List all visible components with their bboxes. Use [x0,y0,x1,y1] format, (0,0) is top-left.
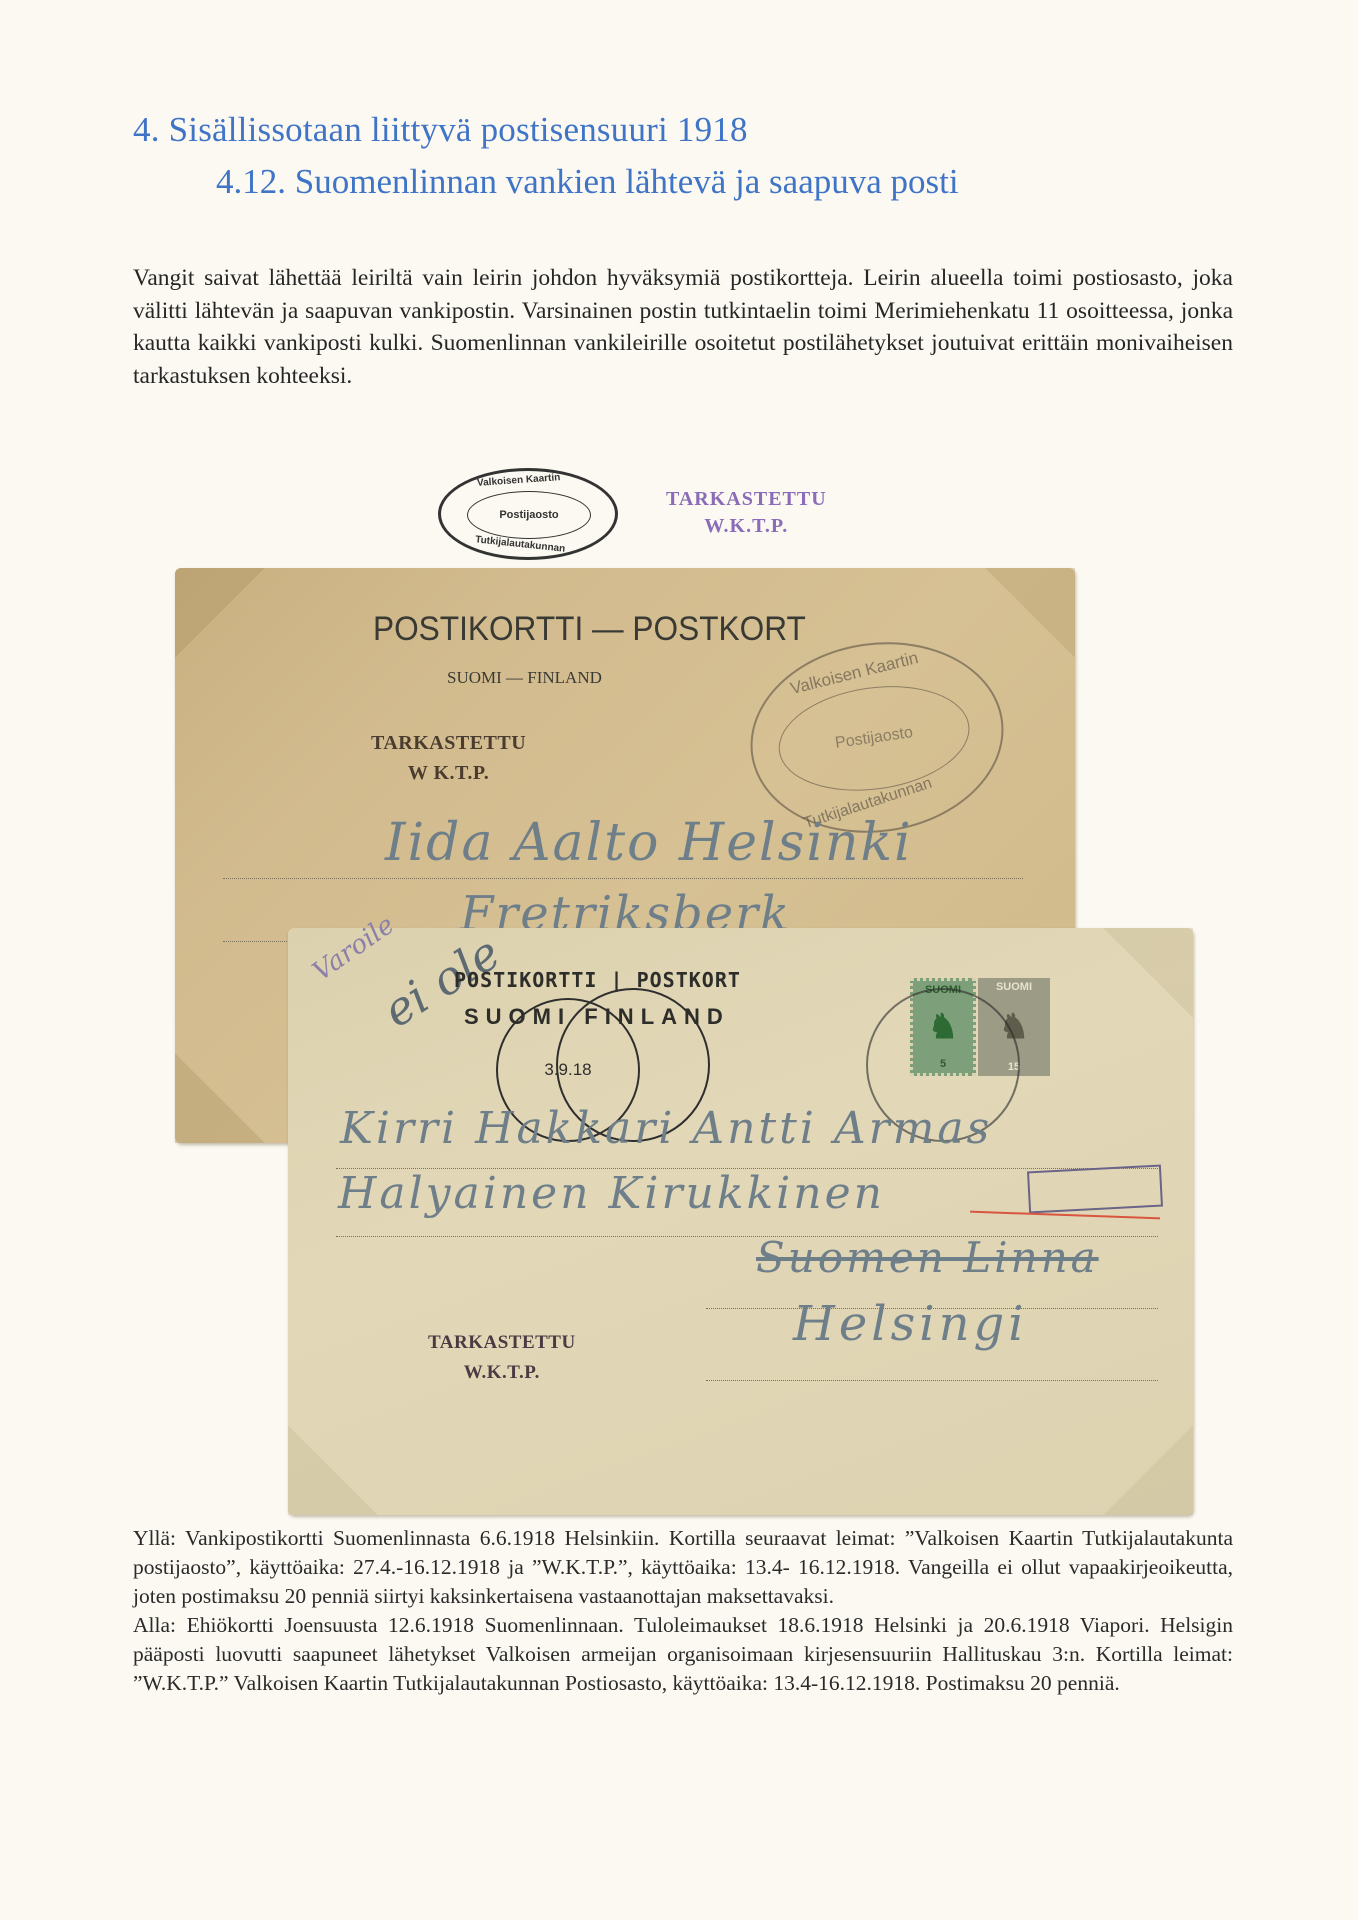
handwritten-address-line4: Helsingi [793,1296,1028,1352]
censor-stamp: TARKASTETTU W K.T.P. [371,728,526,788]
photo-corner [288,1425,378,1515]
oval-top-text: Valkoisen Kaartin [477,472,561,489]
section-title: 4. Sisällissotaan liittyvä postisensuuri… [133,110,748,150]
card-heading: POSTIKORTTI — POSTKORT [373,610,806,649]
heading-right: POSTKORT [637,968,741,992]
censor-line2: W.K.T.P. [428,1358,576,1388]
caption: Yllä: Vankipostikortti Suomenlinnasta 6.… [133,1524,1233,1698]
photo-corner [1103,928,1193,1018]
card-subheading: SUOMI — FINLAND [447,668,602,688]
address-line-rule [223,878,1023,879]
censor-line1: TARKASTETTU [428,1328,576,1358]
caption-above: Yllä: Vankipostikortti Suomenlinnasta 6.… [133,1524,1233,1611]
caption-below: Alla: Ehiökortti Joensuusta 12.6.1918 Su… [133,1611,1233,1698]
photo-corner [1103,1425,1193,1515]
intro-paragraph: Vangit saivat lähettää leiriltä vain lei… [133,262,1233,392]
photo-corner [175,1053,265,1143]
oval-center-text: Postijaosto [467,491,591,539]
censor-line1: TARKASTETTU [371,728,526,758]
handwritten-address-line1: Kirri Hakkari Antti Armas [340,1103,992,1154]
subsection-title: 4.12. Suomenlinnan vankien lähtevä ja sa… [216,162,959,202]
reference-oval-postmark: Valkoisen Kaartin Postijaosto Tutkijalau… [438,468,618,560]
photo-corner [985,568,1075,658]
censor-line1: TARKASTETTU [666,486,827,513]
censor-line2: W K.T.P. [371,758,526,788]
photo-corner [175,568,265,658]
red-pencil-mark [970,1211,1160,1220]
address-line-rule [706,1380,1158,1381]
handwritten-address-line1: Iida Aalto Helsinki [385,813,913,873]
handwritten-address-line2: Halyainen Kirukkinen [338,1168,885,1219]
card-heading: POSTIKORTTI | POSTKORT [454,968,741,992]
reference-censor-stamp: TARKASTETTU W.K.T.P. [666,486,827,540]
postcard-front: Varoile ei ole POSTIKORTTI | POSTKORT SU… [288,928,1193,1515]
indicia-country: SUOMI [996,981,1032,993]
censor-stamp: TARKASTETTU W.K.T.P. [428,1328,576,1388]
handwritten-address-line3-struck: Suomen Linna [756,1233,1099,1282]
heading-left: POSTIKORTTI [454,968,597,992]
censor-line2: W.K.T.P. [666,513,827,540]
purple-crossout-box [1027,1165,1163,1214]
